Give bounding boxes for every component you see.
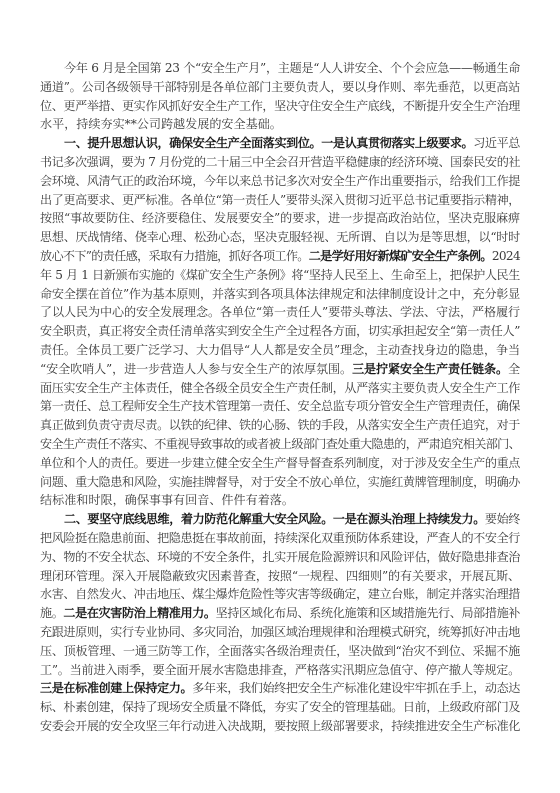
text-line: 按照“事故要防住、经济要稳住、发展要安全”的要求，进一步提高政治站位，坚决克服麻… (40, 209, 520, 228)
body-text: 多年来，我们始终把安全生产标准化建设牢牢抓在手上，动态达 (192, 681, 520, 695)
body-text: 会环境、风清气正的政治环境，今年以来总书记多次对安全生产作出重要指示，给我们工作… (40, 174, 520, 188)
text-line: 出了更高要求、更严标准。各单位“第一责任人”要带头深入贯彻习近平总书记重要指示精… (40, 191, 520, 210)
body-text: 习近平总 (473, 136, 520, 150)
bold-heading-text: 二是在灾害防治上精准用力。 (63, 606, 215, 620)
text-line: 放心不下”的责任感，采取有力措施，抓好各项工作。二是学好用好新煤矿安全生产条例。… (40, 247, 520, 266)
body-text: “安全吹哨人”，进一步营造人人参与安全生产的浓厚氛围。 (40, 362, 352, 376)
text-line: 命安全摆在首位”作为基本原则，并落实到各项具体法律规定和法律制度设计之中，充分彰… (40, 285, 520, 304)
bold-heading-text: 二、要坚守底线思维，着力防范化解重大安全风险。一是在源头治理上持续发力。 (64, 512, 485, 526)
paragraph-first-line: 一、提升思想认识，确保安全生产全面落实到位。一是认真贯彻落实上级要求。习近平总 (40, 134, 520, 153)
body-text: 命安全摆在首位”作为基本原则，并落实到各项具体法律规定和法律制度设计之中，充分彰… (40, 287, 520, 301)
text-line: 书记多次强调，要为 7 月份党的二十届三中全会召开营造平稳健康的经济环境、国泰民… (40, 153, 520, 172)
text-line: 真正做到负责守责尽责。以铁的纪律、铁的心肠、铁的手段，从落实安全生产责任追究，对… (40, 416, 520, 435)
body-text: 2024 (492, 249, 520, 263)
body-text: 安全职责，真正将安全责任清单落实到安全生产全过程各方面，切实承担起安全“第一责任… (40, 324, 520, 338)
body-text: 坚持区域化布局、系统化施策和区域措施先行、局部措施补 (216, 606, 520, 620)
text-line: 结标准和时限，确保事事有回音、件件有着落。 (40, 491, 520, 510)
body-text: 水平，持续夯实**公司跨越发展的安全基础。 (40, 117, 282, 131)
text-line: 施。二是在灾害防治上精准用力。坚持区域化布局、系统化施策和区域措施先行、局部措施… (40, 604, 520, 623)
body-text: 压、顶板管理、一通三防等工作，全面落实各级治理责任，坚决做到“治灾不到位、采掘不… (40, 644, 520, 658)
body-text: 要始终 (485, 512, 520, 526)
text-line: 三是在标准创建上保持定力。多年来，我们始终把安全生产标准化建设牢牢抓在手上，动态… (40, 679, 520, 698)
body-text: 把风险挺在隐患前面、把隐患挺在事故前面，持续深化双重预防体系建设，严查人的不安全… (40, 531, 520, 545)
body-text: 今年 6 月是全国第 23 个“安全生产月”，主题是“人人讲安全、个个会应急——… (64, 61, 520, 75)
text-line: 会环境、风清气正的政治环境，今年以来总书记多次对安全生产作出重要指示，给我们工作… (40, 172, 520, 191)
paragraph-first-line: 二、要坚守底线思维，着力防范化解重大安全风险。一是在源头治理上持续发力。要始终 (40, 510, 520, 529)
paragraph-first-line: 今年 6 月是全国第 23 个“安全生产月”，主题是“人人讲安全、个个会应急——… (40, 59, 520, 78)
body-text: 书记多次强调，要为 7 月份党的二十届三中全会召开营造平稳健康的经济环境、国泰民… (40, 155, 520, 169)
bold-heading-text: 二是学好用好新煤矿安全生产条例。 (309, 249, 492, 263)
text-line: 了以人民为中心的安全发展理念。各单位“第一责任人”要带头尊法、学法、守法，严格履… (40, 303, 520, 322)
body-text: 按照“事故要防住、经济要稳住、发展要安全”的要求，进一步提高政治站位，坚决克服麻… (40, 211, 520, 225)
body-text: 安全生产责任不落实、不重视导致事故的或者被上级部门查处重大隐患的，严肃追究相关部… (40, 437, 520, 451)
body-text: 为、物的不安全状态、环境的不安全条件，扎实开展危险源辨识和风险评估，做好隐患排查… (40, 550, 520, 564)
text-line: 水害、自然发火、冲击地压、煤尘爆炸危险性等灾害等级确定，建立台账，制定并落实治理… (40, 585, 520, 604)
body-text: 单位和个人的责任。要进一步建立健全安全生产督导督查系列制度，对于涉及安全生产的重… (40, 456, 520, 470)
text-line: 标、朴素创建，保持了现场安全质量不降低，夯实了安全的管理基础。日前，上级政府部门… (40, 698, 520, 717)
body-text: 出了更高要求、更严标准。各单位“第一责任人”要带头深入贯彻习近平总书记重要指示精… (40, 193, 520, 207)
body-text: 全 (508, 362, 520, 376)
text-line: 责任。全体员工要广泛学习、大力倡导“人人都是安全员”理念，主动查找身边的隐患，争… (40, 341, 520, 360)
text-line: 工”。当前进入雨季，要全面开展水害隐患排查，严格落实汛期应急值守、停产撤人等规定… (40, 661, 520, 680)
text-line: 把风险挺在隐患前面、把隐患挺在事故前面，持续深化双重预防体系建设，严查人的不安全… (40, 529, 520, 548)
text-line: 理闭环管理。深入开展隐蔽致灾因素普查，按照“一规程、四细则”的有关要求，开展瓦斯… (40, 567, 520, 586)
body-text: 标、朴素创建，保持了现场安全质量不降低，夯实了安全的管理基础。日前，上级政府部门… (40, 700, 520, 714)
text-line: 压、顶板管理、一通三防等工作，全面落实各级治理责任，坚决做到“治灾不到位、采掘不… (40, 642, 520, 661)
body-text: 理闭环管理。深入开展隐蔽致灾因素普查，按照“一规程、四细则”的有关要求，开展瓦斯… (40, 569, 520, 583)
body-text: 结标准和时限，确保事事有回音、件件有着落。 (40, 493, 294, 507)
body-text: 第一责任、总工程师安全生产技术管理第一责任、安全总监专项分管安全生产管理责任，确… (40, 399, 520, 413)
text-line: 第一责任、总工程师安全生产技术管理第一责任、安全总监专项分管安全生产管理责任，确… (40, 397, 520, 416)
text-line: 为、物的不安全状态、环境的不安全条件，扎实开展危险源辨识和风险评估，做好隐患排查… (40, 548, 520, 567)
text-line: 安全职责，真正将安全责任清单落实到安全生产全过程各方面，切实承担起安全“第一责任… (40, 322, 520, 341)
bold-heading-text: 一、提升思想认识，确保安全生产全面落实到位。一是认真贯彻落实上级要求。 (64, 136, 473, 150)
text-line: 单位和个人的责任。要进一步建立健全安全生产督导督查系列制度，对于涉及安全生产的重… (40, 454, 520, 473)
text-line: 面压实安全生产主体责任，健全各级全员安全生产责任制，从严落实主要负责人安全生产工… (40, 379, 520, 398)
body-text: 真正做到负责守责尽责。以铁的纪律、铁的心肠、铁的手段，从落实安全生产责任追究，对… (40, 418, 520, 432)
document-body: 今年 6 月是全国第 23 个“安全生产月”，主题是“人人讲安全、个个会应急——… (40, 59, 520, 736)
body-text: 水害、自然发火、冲击地压、煤尘爆炸危险性等灾害等级确定，建立台账，制定并落实治理… (40, 587, 520, 601)
document-page: 今年 6 月是全国第 23 个“安全生产月”，主题是“人人讲安全、个个会应急——… (0, 0, 560, 793)
body-text: 面压实安全生产主体责任，健全各级全员安全生产责任制，从严落实主要负责人安全生产工… (40, 381, 520, 395)
bold-heading-text: 三是在标准创建上保持定力。 (40, 681, 192, 695)
text-line: 思想、厌战情绪、侥幸心理、松劲心态，坚决克服轻视、无所谓、自以为是等思想，以“时… (40, 228, 520, 247)
body-text: 安委会开展的安全攻坚三年行动进入决战期，要按照上级部署要求，持续推进安全生产标准… (40, 719, 520, 733)
text-line: 通道”。公司各级领导干部特别是各单位部门主要负责人，要以身作则、率先垂范，以更高… (40, 78, 520, 97)
body-text: 通道”。公司各级领导干部特别是各单位部门主要负责人，要以身作则、率先垂范，以更高… (40, 80, 520, 94)
body-text: 责任。全体员工要广泛学习、大力倡导“人人都是安全员”理念，主动查找身边的隐患，争… (40, 343, 520, 357)
body-text: 工”。当前进入雨季，要全面开展水害隐患排查，严格落实汛期应急值守、停产撤人等规定… (40, 663, 520, 677)
text-line: 问题、重大隐患和风险，实施挂牌督导，对于安全不放心单位，实施红黄牌管理制度，明确… (40, 473, 520, 492)
body-text: 思想、厌战情绪、侥幸心理、松劲心态，坚决克服轻视、无所谓、自以为是等思想，以“时… (40, 230, 520, 244)
body-text: 充跟进原则，实行专业协同、多灾同治，加强区域治理规律和治理模式研究，统筹抓好冲击… (40, 625, 520, 639)
body-text: 放心不下”的责任感，采取有力措施，抓好各项工作。 (40, 249, 309, 263)
text-line: 水平，持续夯实**公司跨越发展的安全基础。 (40, 115, 520, 134)
body-text: 施。 (40, 606, 63, 620)
text-line: 安委会开展的安全攻坚三年行动进入决战期，要按照上级部署要求，持续推进安全生产标准… (40, 717, 520, 736)
text-line: 位、更严举措、更实作风抓好安全生产工作，坚决守住安全生产底线，不断提升安全生产治… (40, 97, 520, 116)
body-text: 了以人民为中心的安全发展理念。各单位“第一责任人”要带头尊法、学法、守法，严格履… (40, 305, 520, 319)
bold-heading-text: 三是拧紧安全生产责任链条。 (352, 362, 508, 376)
body-text: 位、更严举措、更实作风抓好安全生产工作，坚决守住安全生产底线，不断提升安全生产治… (40, 99, 520, 113)
text-line: “安全吹哨人”，进一步营造人人参与安全生产的浓厚氛围。三是拧紧安全生产责任链条。… (40, 360, 520, 379)
body-text: 问题、重大隐患和风险，实施挂牌督导，对于安全不放心单位，实施红黄牌管理制度，明确… (40, 475, 520, 489)
text-line: 安全生产责任不落实、不重视导致事故的或者被上级部门查处重大隐患的，严肃追究相关部… (40, 435, 520, 454)
body-text: 年 5 月 1 日新颁布实施的《煤矿安全生产条例》将“坚持人民至上、生命至上，把… (40, 268, 520, 282)
text-line: 年 5 月 1 日新颁布实施的《煤矿安全生产条例》将“坚持人民至上、生命至上，把… (40, 266, 520, 285)
text-line: 充跟进原则，实行专业协同、多灾同治，加强区域治理规律和治理模式研究，统筹抓好冲击… (40, 623, 520, 642)
